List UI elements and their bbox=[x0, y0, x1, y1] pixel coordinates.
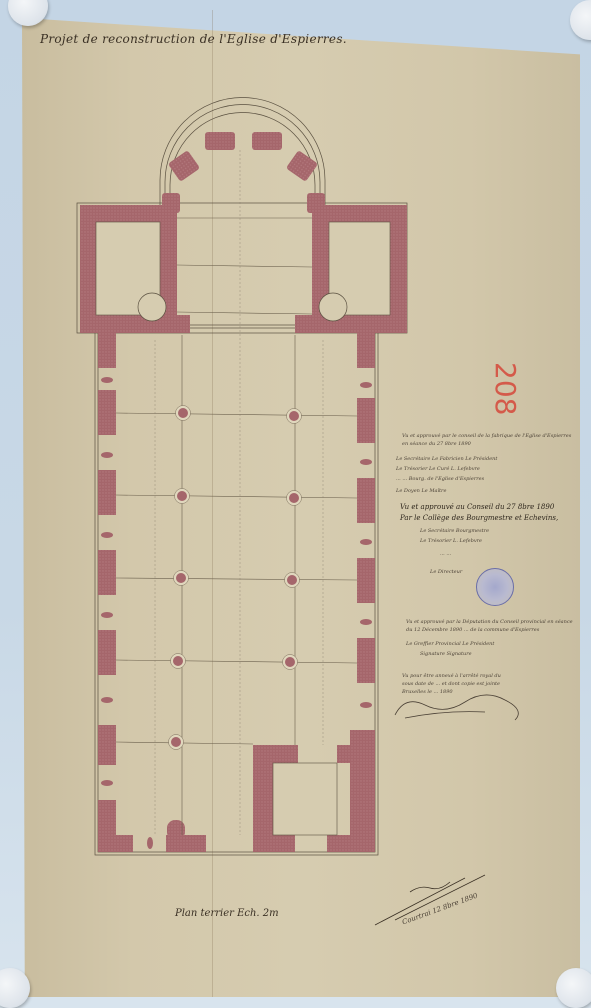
signature-flourish-icon bbox=[385, 690, 535, 730]
seal-stamp-icon bbox=[476, 568, 514, 606]
plan-caption: Plan terrier Ech. 2m bbox=[175, 908, 279, 919]
archive-number: 208 bbox=[489, 362, 522, 415]
